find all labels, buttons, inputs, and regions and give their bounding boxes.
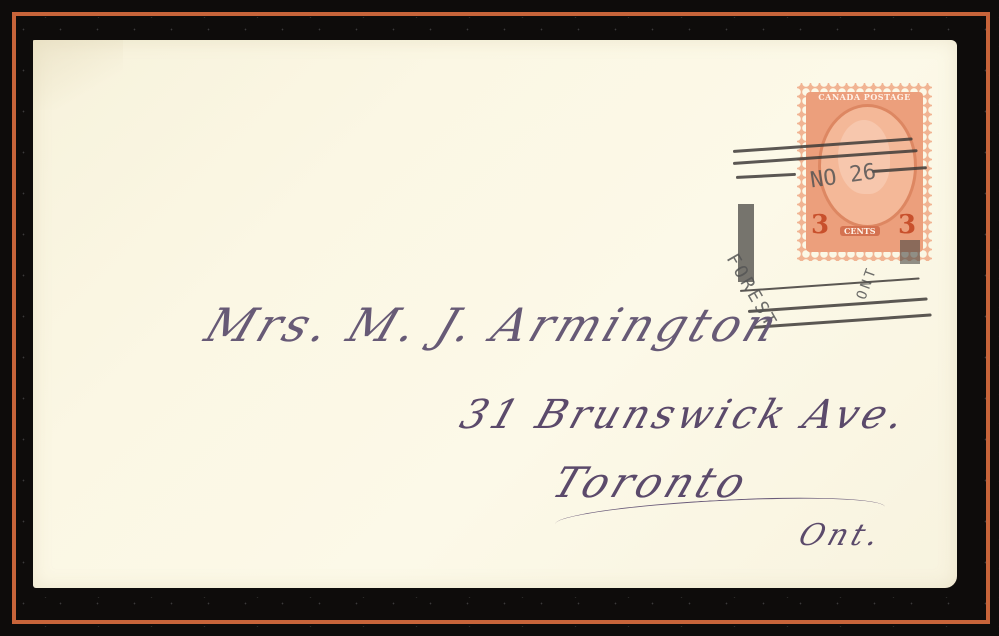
address-street: 31 Brunswick Ave.	[455, 392, 915, 438]
stamp-unit: CENTS	[840, 226, 880, 236]
address-province: Ont.	[794, 518, 887, 553]
address-city: Toronto	[546, 458, 756, 507]
stamp-denomination-left: 3	[811, 210, 829, 240]
stamp-denomination-right: 3	[898, 210, 916, 240]
address-name: Mrs. M. J. Armington	[198, 298, 788, 352]
postmark-block	[900, 240, 920, 264]
stamp-country: CANADA POSTAGE	[806, 92, 923, 102]
